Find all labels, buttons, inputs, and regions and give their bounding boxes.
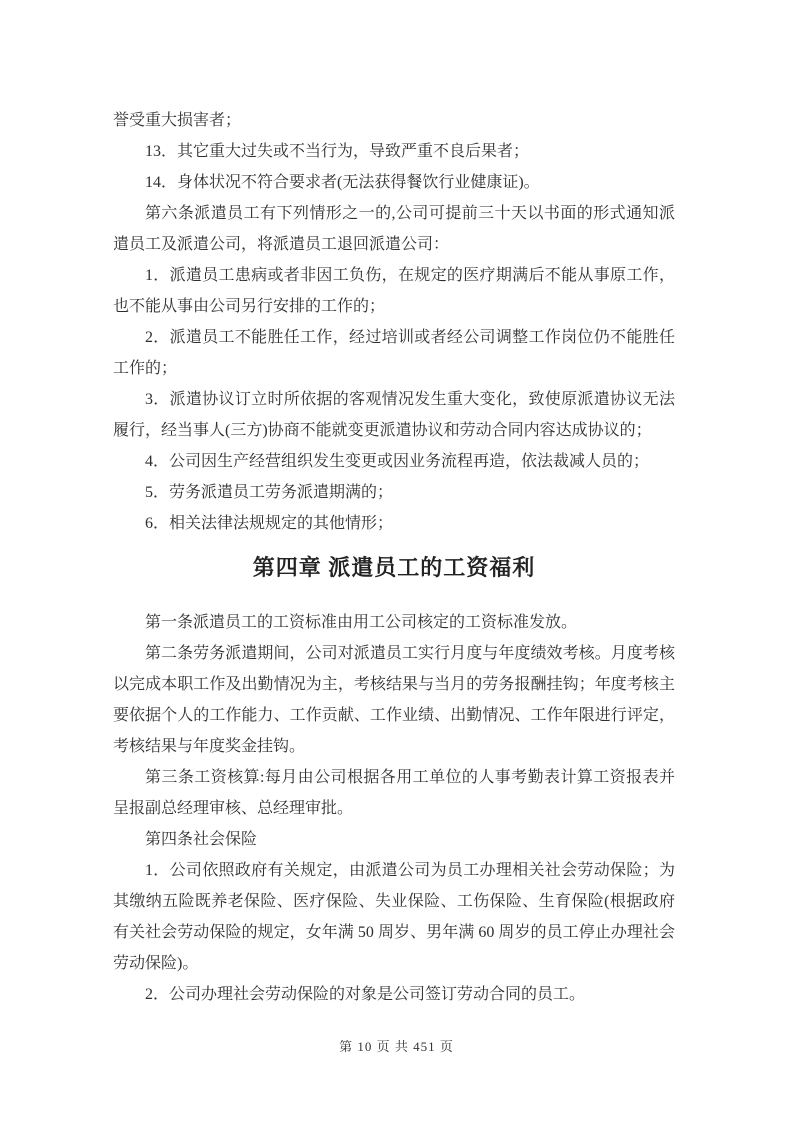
paragraph-article-6-item-4: 4．公司因生产经营组织发生变更或因业务流程再造，依法裁减人员的； <box>113 446 675 477</box>
page-number: 第 10 页 共 451 页 <box>339 1039 454 1054</box>
paragraph-article-6-item-3: 3．派遣协议订立时所依据的客观情况发生重大变化，致使原派遣协议无法履行，经当事人… <box>113 384 675 446</box>
paragraph-article-6-item-6: 6．相关法律法规规定的其他情形； <box>113 508 675 539</box>
chapter-heading: 第四章 派遣员工的工资福利 <box>113 551 675 585</box>
paragraph-article-6-item-2: 2．派遣员工不能胜任工作，经过培训或者经公司调整工作岗位仍不能胜任工作的； <box>113 322 675 384</box>
paragraph-article-6-item-1: 1．派遣员工患病或者非因工负伤，在规定的医疗期满后不能从事原工作，也不能从事由公… <box>113 260 675 322</box>
page-footer: 第 10 页 共 451 页 <box>0 1036 793 1055</box>
paragraph-article-4-item-2: 2．公司办理社会劳动保险的对象是公司签订劳动合同的员工。 <box>113 979 675 1010</box>
paragraph-item-13: 13．其它重大过失或不当行为，导致严重不良后果者； <box>113 136 675 167</box>
paragraph-continuation: 誉受重大损害者； <box>113 105 675 136</box>
document-body: 誉受重大损害者； 13．其它重大过失或不当行为，导致严重不良后果者； 14．身体… <box>113 105 675 1010</box>
paragraph-article-6-item-5: 5．劳务派遣员工劳务派遣期满的； <box>113 477 675 508</box>
paragraph-article-1: 第一条派遣员工的工资标准由用工公司核定的工资标准发放。 <box>113 607 675 638</box>
paragraph-article-6: 第六条派遣员工有下列情形之一的,公司可提前三十天以书面的形式通知派遣员工及派遣公… <box>113 198 675 260</box>
paragraph-article-3: 第三条工资核算:每月由公司根据各用工单位的人事考勤表计算工资报表并呈报副总经理审… <box>113 762 675 824</box>
paragraph-article-4-item-1: 1．公司依照政府有关规定，由派遣公司为员工办理相关社会劳动保险；为其缴纳五险既养… <box>113 855 675 979</box>
paragraph-article-2: 第二条劳务派遣期间，公司对派遣员工实行月度与年度绩效考核。月度考核以完成本职工作… <box>113 638 675 762</box>
paragraph-item-14: 14．身体状况不符合要求者(无法获得餐饮行业健康证)。 <box>113 167 675 198</box>
paragraph-article-4: 第四条社会保险 <box>113 824 675 855</box>
document-page: 誉受重大损害者； 13．其它重大过失或不当行为，导致严重不良后果者； 14．身体… <box>0 0 793 1122</box>
